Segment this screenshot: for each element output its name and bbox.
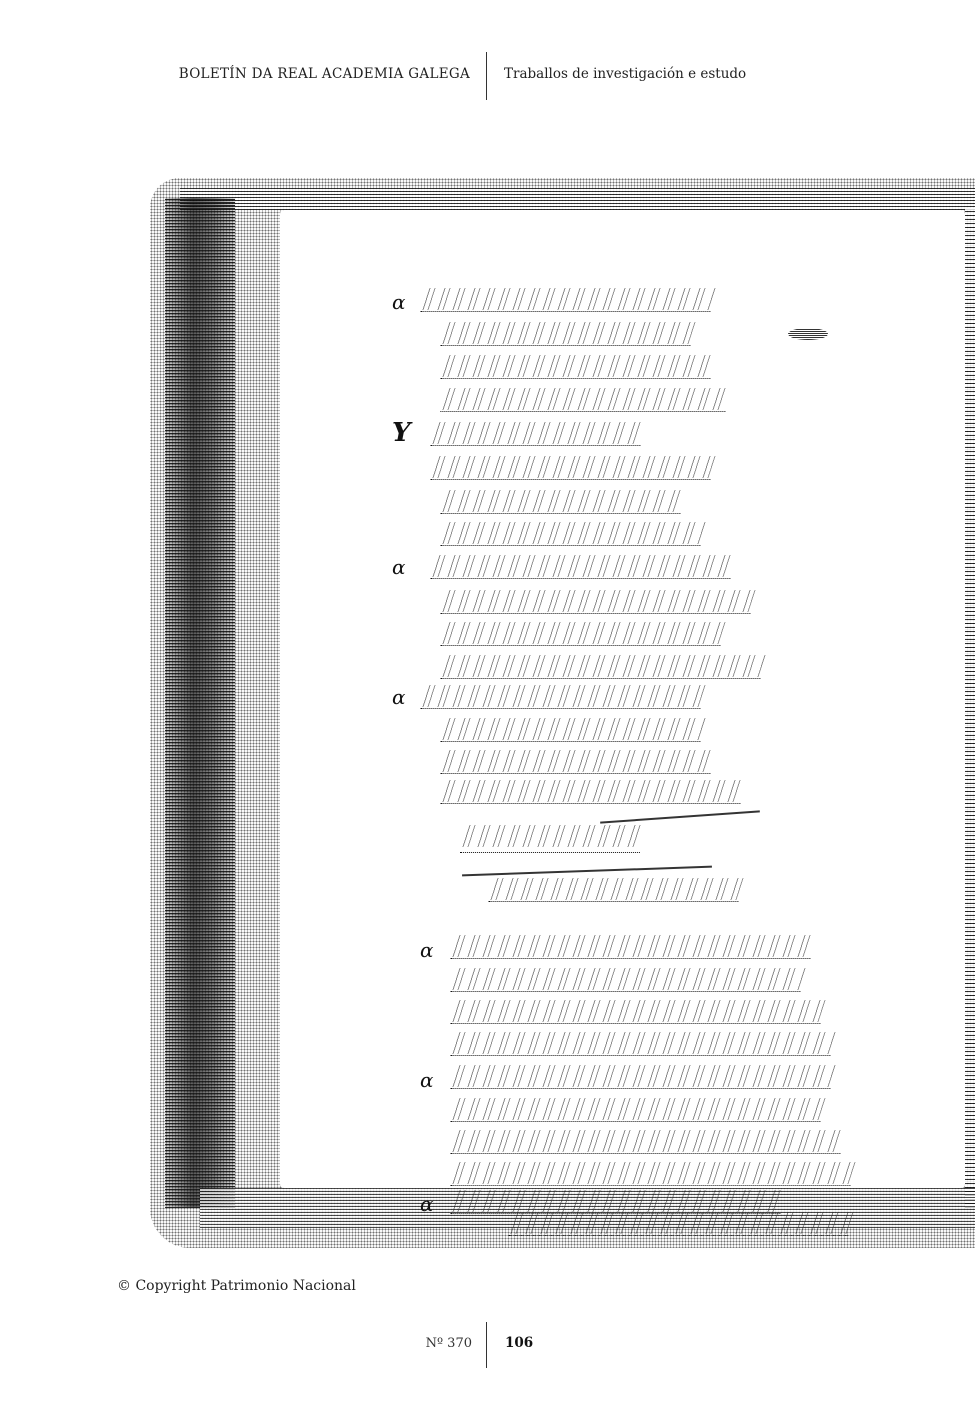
handwritten-line <box>422 298 712 312</box>
handwritten-text: α Υ α α <box>280 210 965 1188</box>
verse-marker-icon: α <box>420 938 434 962</box>
handwritten-line <box>442 632 722 646</box>
handwritten-line <box>452 978 802 992</box>
book-top-edge <box>180 188 975 210</box>
verse-marker-icon: α <box>420 1192 434 1216</box>
handwritten-line <box>432 432 642 446</box>
handwritten-line <box>510 1222 850 1236</box>
handwritten-line <box>442 760 712 774</box>
handwritten-line <box>442 365 712 379</box>
handwritten-subheading <box>490 888 740 902</box>
handwritten-line <box>442 665 762 679</box>
handwritten-line <box>442 500 682 514</box>
issue-number: Nº 370 <box>426 1336 472 1351</box>
verse-marker-icon: α <box>392 685 406 709</box>
verse-marker-icon: α <box>392 290 406 314</box>
manuscript-scan-figure: α Υ α α <box>150 178 975 1248</box>
handwritten-line <box>442 790 742 804</box>
book-right-edge <box>965 208 975 1208</box>
running-footer: Nº 370 106 <box>0 1322 975 1368</box>
handwritten-line <box>452 1075 832 1089</box>
journal-title: BOLETÍN DA REAL ACADEMIA GALEGA <box>179 66 470 82</box>
verse-marker-icon: α <box>392 555 406 579</box>
handwritten-line <box>442 532 702 546</box>
page-number: 106 <box>505 1335 533 1351</box>
handwritten-line <box>452 1042 832 1056</box>
handwritten-line <box>442 728 702 742</box>
footer-divider <box>486 1322 487 1368</box>
handwritten-line <box>442 332 692 346</box>
heading-rule <box>462 866 712 877</box>
verse-marker-icon: α <box>420 1068 434 1092</box>
figure-credit: © Copyright Patrimonio Nacional <box>117 1278 356 1294</box>
handwritten-line <box>452 945 812 959</box>
verse-marker-icon: Υ <box>392 418 411 448</box>
book-spine-shadow <box>165 198 235 1208</box>
handwritten-line <box>422 695 702 709</box>
manuscript-page: α Υ α α <box>280 210 965 1188</box>
section-title: Traballos de investigación e estudo <box>504 66 746 82</box>
handwritten-line <box>442 600 752 614</box>
handwritten-line <box>452 1140 842 1154</box>
handwritten-line <box>452 1172 852 1186</box>
handwritten-line <box>432 565 732 579</box>
flourish-rule <box>600 810 760 823</box>
ink-blot <box>788 328 828 340</box>
handwritten-line <box>442 398 727 412</box>
handwritten-heading <box>462 835 642 853</box>
handwritten-line <box>432 466 712 480</box>
handwritten-line <box>452 1108 822 1122</box>
header-divider <box>486 52 487 100</box>
handwritten-line <box>452 1010 822 1024</box>
running-header: BOLETÍN DA REAL ACADEMIA GALEGA Traballo… <box>0 52 975 100</box>
